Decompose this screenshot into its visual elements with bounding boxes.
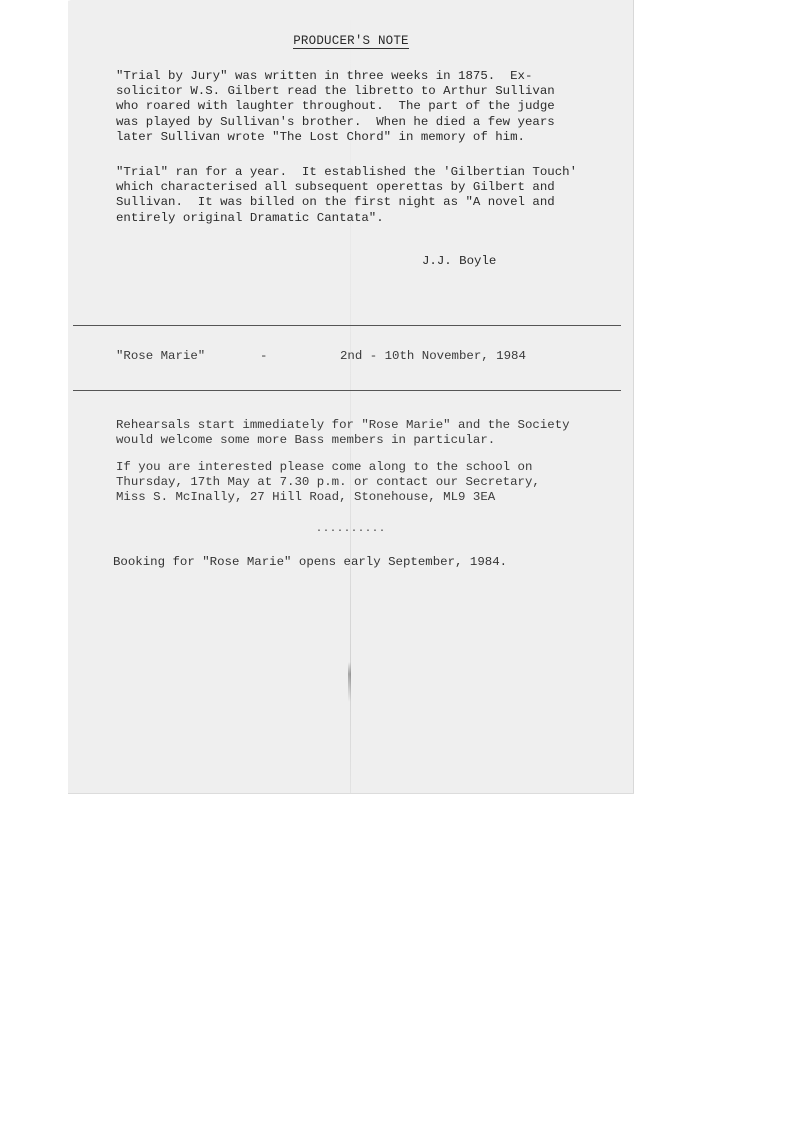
fold-mark xyxy=(348,662,351,702)
paper-crease xyxy=(68,0,150,20)
contact-paragraph: If you are interested please come along … xyxy=(116,460,616,506)
divider-top xyxy=(73,325,621,326)
divider-bottom xyxy=(73,390,621,391)
booking-note: Booking for "Rose Marie" opens early Sep… xyxy=(113,555,507,569)
rehearsals-paragraph: Rehearsals start immediately for "Rose M… xyxy=(116,418,616,448)
dot-separator: .......... xyxy=(68,524,634,535)
signature: J.J. Boyle xyxy=(422,254,496,268)
next-production-title: "Rose Marie" xyxy=(116,349,205,363)
history-paragraph: "Trial by Jury" was written in three wee… xyxy=(116,69,616,145)
page-title-text: PRODUCER'S NOTE xyxy=(293,34,409,49)
paper-sheet: PRODUCER'S NOTE "Trial by Jury" was writ… xyxy=(68,0,634,793)
page-title: PRODUCER'S NOTE xyxy=(68,34,634,48)
gilbertian-touch-paragraph: "Trial" ran for a year. It established t… xyxy=(116,165,616,226)
next-production-separator: - xyxy=(260,349,267,363)
next-production-dates: 2nd - 10th November, 1984 xyxy=(340,349,526,363)
